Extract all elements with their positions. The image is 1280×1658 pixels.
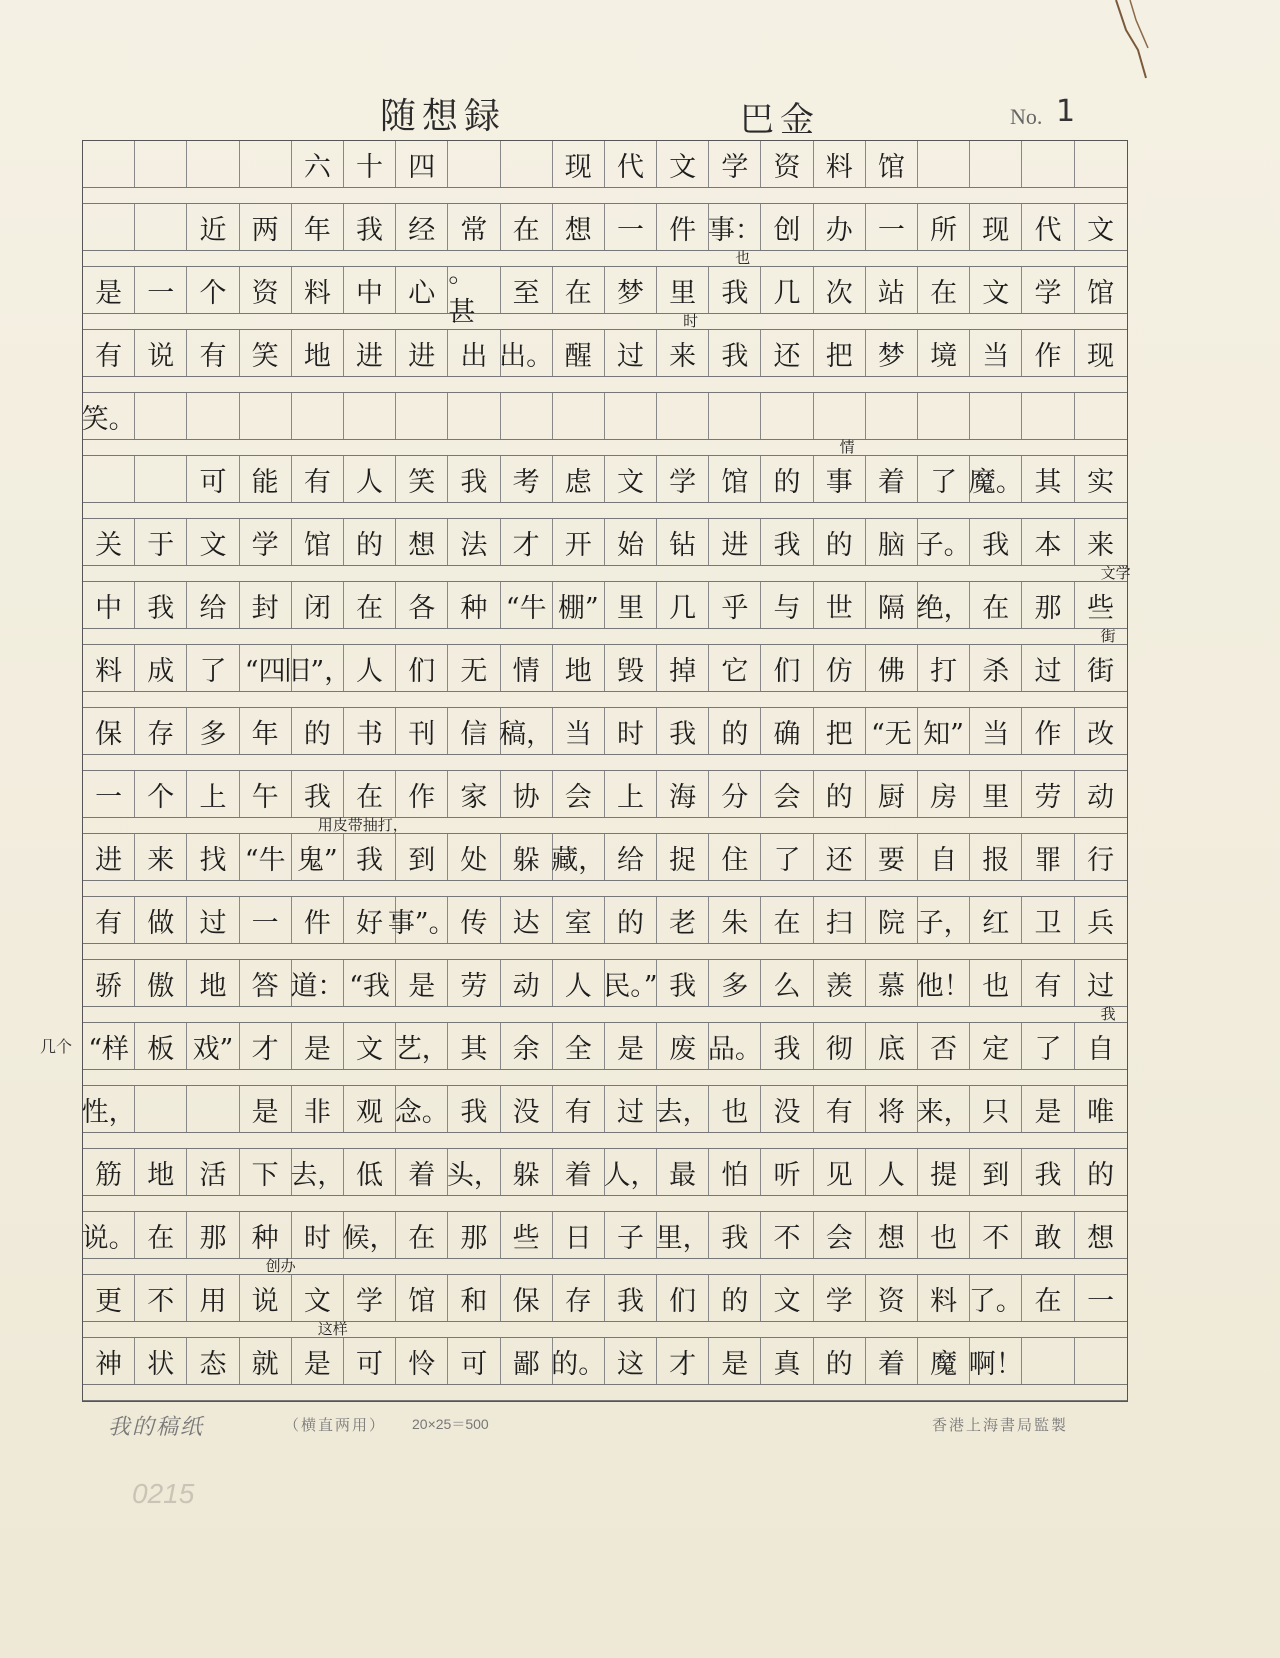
grid-cell: 料 bbox=[83, 645, 135, 691]
grid-cell: 各 bbox=[396, 582, 448, 628]
grid-cell: 要 bbox=[866, 834, 918, 880]
grid-cell: 报 bbox=[970, 834, 1022, 880]
grid-cell: 笑。 bbox=[83, 393, 135, 439]
title-row: 六十四现代文学资料馆 bbox=[83, 141, 1127, 188]
row-spacer bbox=[83, 881, 1127, 897]
grid-cell bbox=[1022, 393, 1074, 439]
grid-cell bbox=[135, 393, 187, 439]
grid-cell: 日 bbox=[553, 1212, 605, 1258]
grid-cell: 答 bbox=[240, 960, 292, 1006]
row-spacer bbox=[83, 692, 1127, 708]
grid-cell: 戏” bbox=[187, 1023, 239, 1069]
row-spacer bbox=[83, 1385, 1127, 1401]
row-spacer bbox=[83, 755, 1127, 771]
grid-cell: 个 bbox=[135, 771, 187, 817]
grid-cell: 道： bbox=[292, 960, 344, 1006]
row-spacer bbox=[83, 818, 1127, 834]
text-row: 料成了“四旧”，人们无情地毁掉它们仿佛打杀过街街 bbox=[83, 645, 1127, 692]
grid-cell: 这 bbox=[605, 1338, 657, 1384]
grid-cell: 午 bbox=[240, 771, 292, 817]
grid-cell: 那 bbox=[1022, 582, 1074, 628]
grid-cell: 我 bbox=[761, 1023, 813, 1069]
grid-cell bbox=[135, 456, 187, 502]
grid-cell: 候， bbox=[344, 1212, 396, 1258]
grid-cell: 兵 bbox=[1075, 897, 1127, 943]
grid-cell: 房 bbox=[918, 771, 970, 817]
row-spacer bbox=[83, 188, 1127, 204]
grid-cell: 了 bbox=[918, 456, 970, 502]
grid-cell: 一 bbox=[135, 267, 187, 313]
grid-cell: 件 bbox=[292, 897, 344, 943]
grid-cell: 会 bbox=[814, 1212, 866, 1258]
grid-cell: 是 bbox=[605, 1023, 657, 1069]
grid-cell bbox=[292, 393, 344, 439]
grid-cell: 乎 bbox=[709, 582, 761, 628]
paper-publisher: 香港上海書局監製 bbox=[932, 1414, 1068, 1435]
grid-cell: 的 bbox=[814, 519, 866, 565]
grid-cell: 棚” bbox=[553, 582, 605, 628]
grid-cell: 真 bbox=[761, 1338, 813, 1384]
grid-cell: 底 bbox=[866, 1023, 918, 1069]
grid-cell: 罪 bbox=[1022, 834, 1074, 880]
grid-cell bbox=[396, 393, 448, 439]
grid-cell: 羡 bbox=[814, 960, 866, 1006]
text-row: 有做过一件好事”。传达室的老朱在扫院子，红卫兵 bbox=[83, 897, 1127, 944]
grid-cell: 鄙 bbox=[501, 1338, 553, 1384]
grid-cell: 隔 bbox=[866, 582, 918, 628]
grid-cell: 才 bbox=[240, 1023, 292, 1069]
grid-cell: 当 bbox=[553, 708, 605, 754]
grid-cell: 代 bbox=[1022, 204, 1074, 250]
grid-cell: 了 bbox=[187, 645, 239, 691]
grid-cell: 里 bbox=[657, 267, 709, 313]
grid-cell: 打 bbox=[918, 645, 970, 691]
grid-cell: 是 bbox=[709, 1338, 761, 1384]
grid-cell: 能 bbox=[240, 456, 292, 502]
grid-cell: 学 bbox=[1022, 267, 1074, 313]
page-number-label: No. bbox=[1010, 104, 1042, 130]
grid-cell: 神 bbox=[83, 1338, 135, 1384]
row-spacer bbox=[83, 1322, 1127, 1338]
text-row: 性，是非观念。我没有过去，也没有将来，只是唯 bbox=[83, 1086, 1127, 1133]
text-row: 笑。 bbox=[83, 393, 1127, 440]
grid-cell: 在 bbox=[761, 897, 813, 943]
grid-cell: 我 bbox=[605, 1275, 657, 1321]
grid-cell: 非 bbox=[292, 1086, 344, 1132]
grid-cell: 唯 bbox=[1075, 1086, 1127, 1132]
grid-cell: 的 bbox=[761, 456, 813, 502]
grid-cell: 有 bbox=[187, 330, 239, 376]
grid-cell: 代 bbox=[605, 141, 657, 187]
grid-cell: 观 bbox=[344, 1086, 396, 1132]
grid-cell: 给 bbox=[605, 834, 657, 880]
grid-cell: 劳 bbox=[1022, 771, 1074, 817]
grid-cell: 心 bbox=[396, 267, 448, 313]
grid-cell: 也 bbox=[970, 960, 1022, 1006]
grid-cell: 说。 bbox=[83, 1212, 135, 1258]
row-spacer bbox=[83, 377, 1127, 393]
grid-cell: 协 bbox=[501, 771, 553, 817]
grid-cell: 板 bbox=[135, 1023, 187, 1069]
grid-cell: 作 bbox=[396, 771, 448, 817]
grid-cell: 笑 bbox=[240, 330, 292, 376]
grid-cell: 说 bbox=[135, 330, 187, 376]
row-spacer bbox=[83, 1259, 1127, 1275]
grid-cell: 行 bbox=[1075, 834, 1127, 880]
grid-cell: 态 bbox=[187, 1338, 239, 1384]
grid-cell: 们 bbox=[396, 645, 448, 691]
grid-cell: 想 bbox=[553, 204, 605, 250]
grid-cell: 敢 bbox=[1022, 1212, 1074, 1258]
text-row: 更不用说创办文学馆和保存我们的文学资料了。在一 bbox=[83, 1275, 1127, 1322]
grid-cell: 可 bbox=[187, 456, 239, 502]
text-row: 骄傲地答道：“我是劳动人民。”我多么羡慕他！也有过 bbox=[83, 960, 1127, 1007]
grid-cell: 文 bbox=[344, 1023, 396, 1069]
grid-cell: 和 bbox=[448, 1275, 500, 1321]
grid-cell: 着 bbox=[866, 456, 918, 502]
grid-cell: 六 bbox=[292, 141, 344, 187]
grid-cell: 怕 bbox=[709, 1149, 761, 1195]
grid-cell: 至 bbox=[501, 267, 553, 313]
grid-cell: 的。 bbox=[553, 1338, 605, 1384]
grid-cell: 有 bbox=[814, 1086, 866, 1132]
grid-cell: 是这样 bbox=[292, 1338, 344, 1384]
grid-cell bbox=[187, 1086, 239, 1132]
grid-cell: 出。 bbox=[501, 330, 553, 376]
row-spacer bbox=[83, 944, 1127, 960]
grid-cell: 种 bbox=[448, 582, 500, 628]
grid-cell: 一 bbox=[240, 897, 292, 943]
grid-cell: 学 bbox=[240, 519, 292, 565]
grid-cell: 魔。 bbox=[970, 456, 1022, 502]
grid-cell: 扫 bbox=[814, 897, 866, 943]
grid-cell: 鬼”用皮带抽打， bbox=[292, 834, 344, 880]
grid-cell: 中 bbox=[344, 267, 396, 313]
grid-cell: 过 bbox=[1022, 645, 1074, 691]
grid-cell: 那 bbox=[448, 1212, 500, 1258]
grid-cell: 院 bbox=[866, 897, 918, 943]
grid-cell: 自 bbox=[918, 834, 970, 880]
grid-cell: 慕 bbox=[866, 960, 918, 1006]
grid-cell: 听 bbox=[761, 1149, 813, 1195]
grid-cell: 低 bbox=[344, 1149, 396, 1195]
grid-cell: 在 bbox=[396, 1212, 448, 1258]
grid-cell: 在 bbox=[344, 771, 396, 817]
grid-cell: 的 bbox=[605, 897, 657, 943]
grid-cell bbox=[501, 141, 553, 187]
grid-cell bbox=[553, 393, 605, 439]
grid-cell: 我 bbox=[657, 708, 709, 754]
grid-cell: 来 bbox=[1075, 519, 1127, 565]
grid-cell: 一 bbox=[605, 204, 657, 250]
margin-note: 几个 bbox=[40, 1034, 72, 1057]
grid-cell: 他！ bbox=[918, 960, 970, 1006]
grid-cell: 。甚 bbox=[448, 267, 500, 313]
grid-cell: 创 bbox=[761, 204, 813, 250]
grid-cell: 我也 bbox=[709, 267, 761, 313]
grid-cell bbox=[761, 393, 813, 439]
paper-tear-mark bbox=[1096, 0, 1156, 80]
grid-cell: 些文学 bbox=[1075, 582, 1127, 628]
grid-cell: 子 bbox=[605, 1212, 657, 1258]
grid-cell: 在 bbox=[918, 267, 970, 313]
grid-cell: 达 bbox=[501, 897, 553, 943]
grid-cell bbox=[918, 141, 970, 187]
grid-cell: 废 bbox=[657, 1023, 709, 1069]
grid-cell: 啊！ bbox=[970, 1338, 1022, 1384]
grid-cell: 学 bbox=[814, 1275, 866, 1321]
grid-cell: 料 bbox=[918, 1275, 970, 1321]
grid-cell: 没 bbox=[501, 1086, 553, 1132]
grid-cell bbox=[83, 141, 135, 187]
grid-cell: 中 bbox=[83, 582, 135, 628]
grid-cell: 保 bbox=[501, 1275, 553, 1321]
grid-cell bbox=[970, 141, 1022, 187]
grid-cell: 是 bbox=[292, 1023, 344, 1069]
row-spacer bbox=[83, 1070, 1127, 1086]
grid-cell: 么 bbox=[761, 960, 813, 1006]
grid-cell bbox=[344, 393, 396, 439]
grid-cell: 也 bbox=[918, 1212, 970, 1258]
grid-cell: 提 bbox=[918, 1149, 970, 1195]
grid-cell: 动 bbox=[1075, 771, 1127, 817]
grid-cell: 的 bbox=[814, 1338, 866, 1384]
grid-cell: 在 bbox=[501, 204, 553, 250]
grid-cell: 街街 bbox=[1075, 645, 1127, 691]
grid-cell: 次 bbox=[814, 267, 866, 313]
grid-cell: 近 bbox=[187, 204, 239, 250]
grid-cell: 实 bbox=[1075, 456, 1127, 502]
grid-cell: 文 bbox=[292, 1275, 344, 1321]
grid-cell: 们 bbox=[761, 645, 813, 691]
grid-cell: 我 bbox=[761, 519, 813, 565]
grid-cell: 我 bbox=[709, 1212, 761, 1258]
text-row: 筋地活下去，低着头，躲着人，最怕听见人提到我的 bbox=[83, 1149, 1127, 1196]
grid-cell: 办 bbox=[814, 204, 866, 250]
grid-cell: 艺， bbox=[396, 1023, 448, 1069]
grid-cell: 给 bbox=[187, 582, 239, 628]
grid-cell: 钻 bbox=[657, 519, 709, 565]
grid-cell: 念。 bbox=[396, 1086, 448, 1132]
grid-cell: 佛 bbox=[866, 645, 918, 691]
grid-cell bbox=[187, 141, 239, 187]
grid-cell: 其 bbox=[1022, 456, 1074, 502]
grid-cell: 最 bbox=[657, 1149, 709, 1195]
text-row: “样板戏”才是文艺，其余全是废品。我彻底否定了自我 bbox=[83, 1023, 1127, 1070]
grid-cell: 人， bbox=[605, 1149, 657, 1195]
grid-cell: 本 bbox=[1022, 519, 1074, 565]
grid-cell bbox=[83, 204, 135, 250]
grid-cell: 没 bbox=[761, 1086, 813, 1132]
grid-cell: 毁 bbox=[605, 645, 657, 691]
paper-grid-spec: 20×25＝500 bbox=[412, 1414, 489, 1434]
grid-cell: 更 bbox=[83, 1275, 135, 1321]
grid-cell: 两 bbox=[240, 204, 292, 250]
grid-cell: 在 bbox=[344, 582, 396, 628]
grid-cell: 常 bbox=[448, 204, 500, 250]
grid-cell: 多 bbox=[709, 960, 761, 1006]
grid-cell bbox=[1022, 1338, 1074, 1384]
grid-cell: 梦 bbox=[866, 330, 918, 376]
grid-cell: 朱 bbox=[709, 897, 761, 943]
grid-cell: 室 bbox=[553, 897, 605, 943]
grid-cell: 馆 bbox=[396, 1275, 448, 1321]
grid-cell: 性， bbox=[83, 1086, 135, 1132]
grid-cell: 世 bbox=[814, 582, 866, 628]
grid-cell bbox=[918, 393, 970, 439]
grid-cell: 子， bbox=[918, 897, 970, 943]
grid-cell: 绝， bbox=[918, 582, 970, 628]
grid-cell: 改 bbox=[1075, 708, 1127, 754]
grid-cell: 存 bbox=[135, 708, 187, 754]
grid-cell: 成 bbox=[135, 645, 187, 691]
grid-cell: 馆 bbox=[866, 141, 918, 187]
grid-cell: 把 bbox=[814, 330, 866, 376]
grid-cell: 当 bbox=[970, 708, 1022, 754]
grid-cell: 学 bbox=[657, 456, 709, 502]
grid-cell: 我 bbox=[657, 960, 709, 1006]
grid-cell: 年 bbox=[240, 708, 292, 754]
grid-cell: 掉 bbox=[657, 645, 709, 691]
handwritten-insertion: 也 bbox=[735, 247, 750, 268]
grid-cell: 作 bbox=[1022, 330, 1074, 376]
grid-cell: 旧”， bbox=[292, 645, 344, 691]
grid-cell: 的 bbox=[344, 519, 396, 565]
grid-cell: 我 bbox=[448, 456, 500, 502]
grid-cell: 十 bbox=[344, 141, 396, 187]
grid-cell: 过 bbox=[605, 330, 657, 376]
grid-cell: 去， bbox=[657, 1086, 709, 1132]
grid-cell: 信 bbox=[448, 708, 500, 754]
grid-cell: 着 bbox=[396, 1149, 448, 1195]
grid-cell: 人 bbox=[344, 456, 396, 502]
handwritten-insertion: 文学 bbox=[1101, 562, 1131, 583]
grid-cell bbox=[657, 393, 709, 439]
grid-cell: “无 bbox=[866, 708, 918, 754]
grid-cell: 民。” bbox=[605, 960, 657, 1006]
grid-cell: 过 bbox=[605, 1086, 657, 1132]
grid-cell: 里 bbox=[605, 582, 657, 628]
grid-cell: 地 bbox=[135, 1149, 187, 1195]
grid-cell: 子。 bbox=[918, 519, 970, 565]
grid-cell: 件 bbox=[657, 204, 709, 250]
handwritten-insertion: 创办 bbox=[266, 1255, 296, 1276]
grid-cell: 我 bbox=[709, 330, 761, 376]
grid-cell: 才 bbox=[657, 1338, 709, 1384]
row-spacer bbox=[83, 1007, 1127, 1023]
grid-cell: 存 bbox=[553, 1275, 605, 1321]
grid-cell: 保 bbox=[83, 708, 135, 754]
grid-cell: 脑 bbox=[866, 519, 918, 565]
grid-cell: 的 bbox=[709, 1275, 761, 1321]
grid-cell: 才 bbox=[501, 519, 553, 565]
grid-cell: 就 bbox=[240, 1338, 292, 1384]
grid-cell: 做 bbox=[135, 897, 187, 943]
grid-cell: 还 bbox=[761, 330, 813, 376]
grid-cell: 其 bbox=[448, 1023, 500, 1069]
grid-cell: 时 bbox=[292, 1212, 344, 1258]
grid-cell: 状 bbox=[135, 1338, 187, 1384]
grid-cell: 所 bbox=[918, 204, 970, 250]
grid-cell bbox=[1075, 141, 1127, 187]
grid-cell: 不 bbox=[761, 1212, 813, 1258]
grid-cell: 文 bbox=[657, 141, 709, 187]
row-spacer bbox=[83, 251, 1127, 267]
grid-cell: 来 bbox=[135, 834, 187, 880]
grid-cell: 我 bbox=[448, 1086, 500, 1132]
grid-cell: 过 bbox=[187, 897, 239, 943]
grid-cell: 作 bbox=[1022, 708, 1074, 754]
grid-cell: 去， bbox=[292, 1149, 344, 1195]
grid-cell: 文 bbox=[1075, 204, 1127, 250]
handwritten-insertion: 时 bbox=[683, 310, 698, 331]
grid-cell bbox=[814, 393, 866, 439]
grid-cell: 现 bbox=[1075, 330, 1127, 376]
handwritten-insertion: 情 bbox=[840, 436, 855, 457]
grid-cell: 只 bbox=[970, 1086, 1022, 1132]
grid-cell: 厨 bbox=[866, 771, 918, 817]
row-spacer bbox=[83, 1133, 1127, 1149]
grid-cell: 见 bbox=[814, 1149, 866, 1195]
handwritten-insertion: 这样 bbox=[318, 1318, 348, 1339]
manuscript-grid: 六十四现代文学资料馆近两年我经常在想一件事：创办一所现代文是一个资料中心。甚至在… bbox=[82, 140, 1128, 1402]
grid-cell: 头， bbox=[448, 1149, 500, 1195]
grid-cell: 事”。 bbox=[396, 897, 448, 943]
grid-cell: 怜 bbox=[396, 1338, 448, 1384]
grid-cell bbox=[187, 393, 239, 439]
grid-cell: 文 bbox=[605, 456, 657, 502]
grid-cell: 一 bbox=[83, 771, 135, 817]
grid-cell: 学 bbox=[709, 141, 761, 187]
grid-cell: 的 bbox=[709, 708, 761, 754]
grid-cell: 学 bbox=[344, 1275, 396, 1321]
grid-cell: 资 bbox=[761, 141, 813, 187]
grid-cell: 种 bbox=[240, 1212, 292, 1258]
grid-cell: “我 bbox=[344, 960, 396, 1006]
manuscript-paper: 随想録 巴金 No. 1 六十四现代文学资料馆近两年我经常在想一件事：创办一所现… bbox=[0, 0, 1280, 1658]
grid-cell: 地 bbox=[553, 645, 605, 691]
grid-cell: 些 bbox=[501, 1212, 553, 1258]
grid-cell bbox=[1075, 393, 1127, 439]
grid-cell: 现 bbox=[553, 141, 605, 187]
grid-cell: 将 bbox=[866, 1086, 918, 1132]
grid-cell: 不 bbox=[970, 1212, 1022, 1258]
row-spacer bbox=[83, 440, 1127, 456]
grid-cell: 还 bbox=[814, 834, 866, 880]
grid-cell: 卫 bbox=[1022, 897, 1074, 943]
grid-cell: 红 bbox=[970, 897, 1022, 943]
grid-cell bbox=[709, 393, 761, 439]
grid-cell: 会 bbox=[761, 771, 813, 817]
grid-cell: 了 bbox=[761, 834, 813, 880]
grid-cell: 住 bbox=[709, 834, 761, 880]
grid-cell: 无 bbox=[448, 645, 500, 691]
grid-cell: 境 bbox=[918, 330, 970, 376]
grid-cell: 虑 bbox=[553, 456, 605, 502]
grid-cell: 可 bbox=[448, 1338, 500, 1384]
grid-cell: 过 bbox=[1075, 960, 1127, 1006]
grid-cell: 到 bbox=[970, 1149, 1022, 1195]
grid-cell: 的 bbox=[814, 771, 866, 817]
grid-cell: 有 bbox=[83, 330, 135, 376]
grid-cell: 着 bbox=[866, 1338, 918, 1384]
grid-cell: 开 bbox=[553, 519, 605, 565]
grid-cell: 时 bbox=[605, 708, 657, 754]
text-row: 说。在那种时候，在那些日子里，我不会想也不敢想 bbox=[83, 1212, 1127, 1259]
grid-cell: 海 bbox=[657, 771, 709, 817]
grid-cell: 捉 bbox=[657, 834, 709, 880]
grid-cell: 馆 bbox=[292, 519, 344, 565]
